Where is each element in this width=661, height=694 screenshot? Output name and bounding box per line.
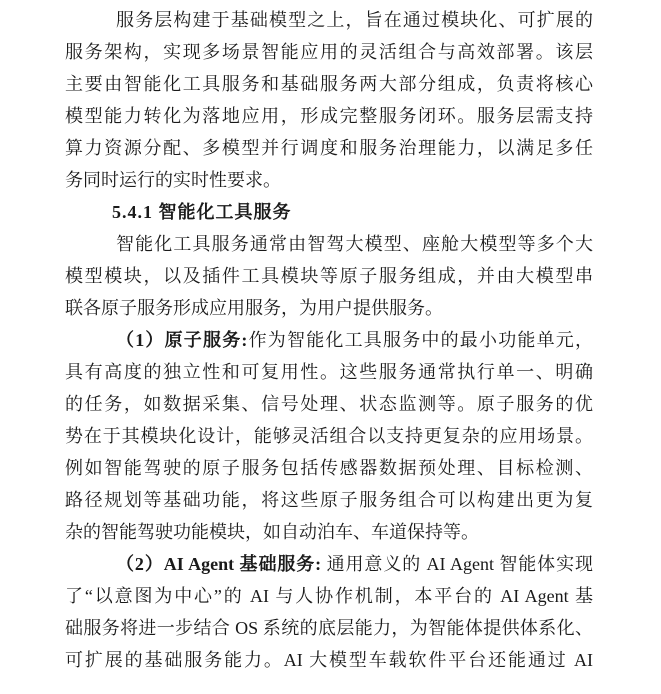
text-line: 例如智能驾驶的原子服务包括传感器数据预处理、目标检测、 [65, 452, 593, 484]
text-line: 势在于其模块化设计，能够灵活组合以支持更复杂的应用场景。 [65, 420, 593, 452]
text-line: 联各原子服务形成应用服务，为用户提供服务。 [65, 292, 593, 324]
text-line: 模型能力转化为落地应用，形成完整服务闭环。服务层需支持 [65, 100, 593, 132]
text-line: 服务层构建于基础模型之上，旨在通过模块化、可扩展的 [65, 4, 593, 36]
text-line: 模型模块，以及插件工具模块等原子服务组成，并由大模型串 [65, 260, 593, 292]
text-line: 的任务，如数据采集、信号处理、状态监测等。原子服务的优 [65, 388, 593, 420]
text-line: 智能化工具服务通常由智驾大模型、座舱大模型等多个大 [65, 228, 593, 260]
text-line: 础服务将进一步结合 OS 系统的底层能力，为智能体提供体系化、 [65, 612, 593, 644]
text-line: 路径规划等基础功能，将这些原子服务组合可以构建出更为复 [65, 484, 593, 516]
run-bold-label: （1）原子服务: [116, 330, 247, 350]
run-text: 通用意义的 AI Agent 智能体实现 [321, 554, 593, 574]
run-bold-label: （2）AI Agent 基础服务: [116, 554, 321, 574]
text-line: 具有高度的独立性和可复用性。这些服务通常执行单一、明确 [65, 356, 593, 388]
text-line: 算力资源分配、多模型并行调度和服务治理能力，以满足多任 [65, 132, 593, 164]
text-line: 服务架构，实现多场景智能应用的灵活组合与高效部署。该层 [65, 36, 593, 68]
text-line: （2）AI Agent 基础服务: 通用意义的 AI Agent 智能体实现 [65, 548, 593, 580]
document-page: 服务层构建于基础模型之上，旨在通过模块化、可扩展的 服务架构，实现多场景智能应用… [65, 4, 593, 676]
text-line: 了“以意图为中心”的 AI 与人协作机制，本平台的 AI Agent 基 [65, 580, 593, 612]
section-heading: 5.4.1 智能化工具服务 [65, 196, 593, 228]
run-text: 作为智能化工具服务中的最小功能单元， [247, 330, 593, 350]
text-line: 可扩展的基础服务能力。AI 大模型车载软件平台还能通过 AI [65, 644, 593, 676]
text-line: 务同时运行的实时性要求。 [65, 164, 593, 196]
text-line: （1）原子服务:作为智能化工具服务中的最小功能单元， [65, 324, 593, 356]
text-line: 主要由智能化工具服务和基础服务两大部分组成，负责将核心 [65, 68, 593, 100]
text-line: 杂的智能驾驶功能模块，如自动泊车、车道保持等。 [65, 516, 593, 548]
